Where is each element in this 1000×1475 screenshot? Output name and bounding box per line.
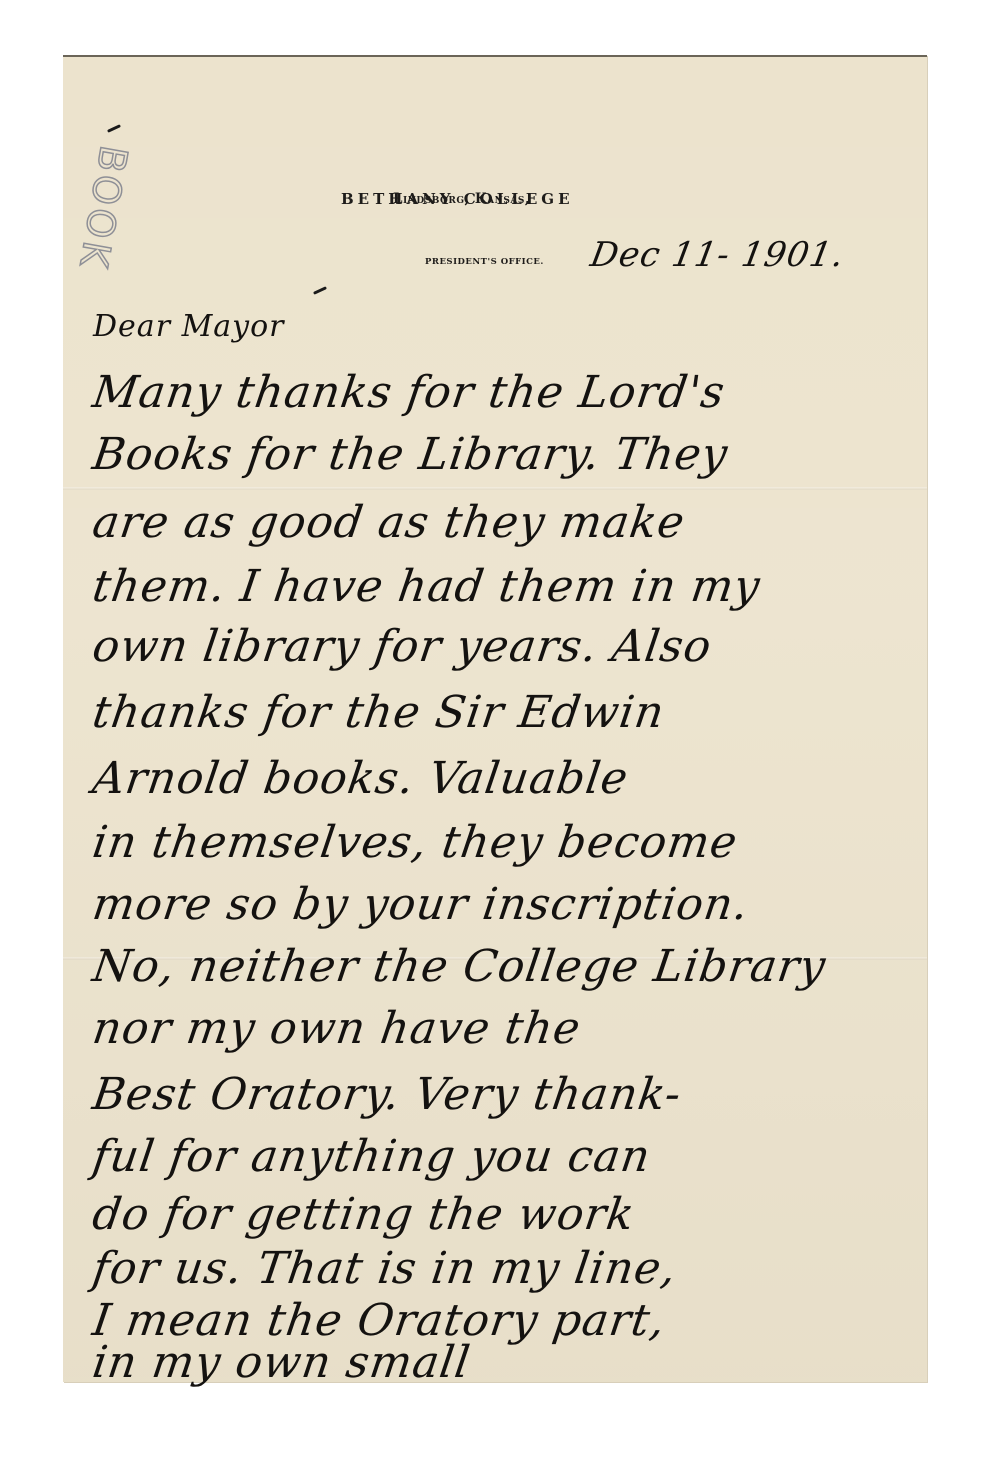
letter-line: in themselves, they become <box>89 817 740 868</box>
letterhead-location: Lindsborg, Kansas, <box>393 191 530 207</box>
paper-fold <box>63 487 927 490</box>
letterhead-office: PRESIDENT'S OFFICE. <box>425 257 544 267</box>
letter-date: Dec 11- 1901. <box>587 235 847 275</box>
letter-line: No, neither the College Library <box>89 941 829 992</box>
letter-salutation: Dear Mayor <box>93 309 285 344</box>
letter-line: more so by your inscription. <box>89 879 752 930</box>
letter-line: for us. That is in my line, <box>89 1243 680 1294</box>
ink-mark <box>313 286 327 295</box>
letter-line: ful for anything you can <box>89 1131 654 1182</box>
letter-line: Many thanks for the Lord's <box>89 367 728 418</box>
letter-line: own library for years. Also <box>89 621 715 672</box>
letter-line: them. I have had them in my <box>89 561 763 612</box>
letter-line: nor my own have the <box>89 1003 584 1054</box>
ink-mark <box>107 124 121 133</box>
letter-line: do for getting the work <box>89 1189 638 1240</box>
letter-line: Best Oratory. Very thank- <box>89 1069 684 1120</box>
letter-line: thanks for the Sir Edwin <box>89 687 667 738</box>
letter-line: are as good as they make <box>89 497 688 548</box>
letter-page: BOOK BETHANY COLLEGE Lindsborg, Kansas, … <box>63 55 927 1382</box>
letter-line: in my own small <box>89 1337 473 1388</box>
book-stamp: BOOK <box>71 142 136 274</box>
letter-line: Books for the Library. They <box>89 429 731 480</box>
letter-line: Arnold books. Valuable <box>89 753 631 804</box>
